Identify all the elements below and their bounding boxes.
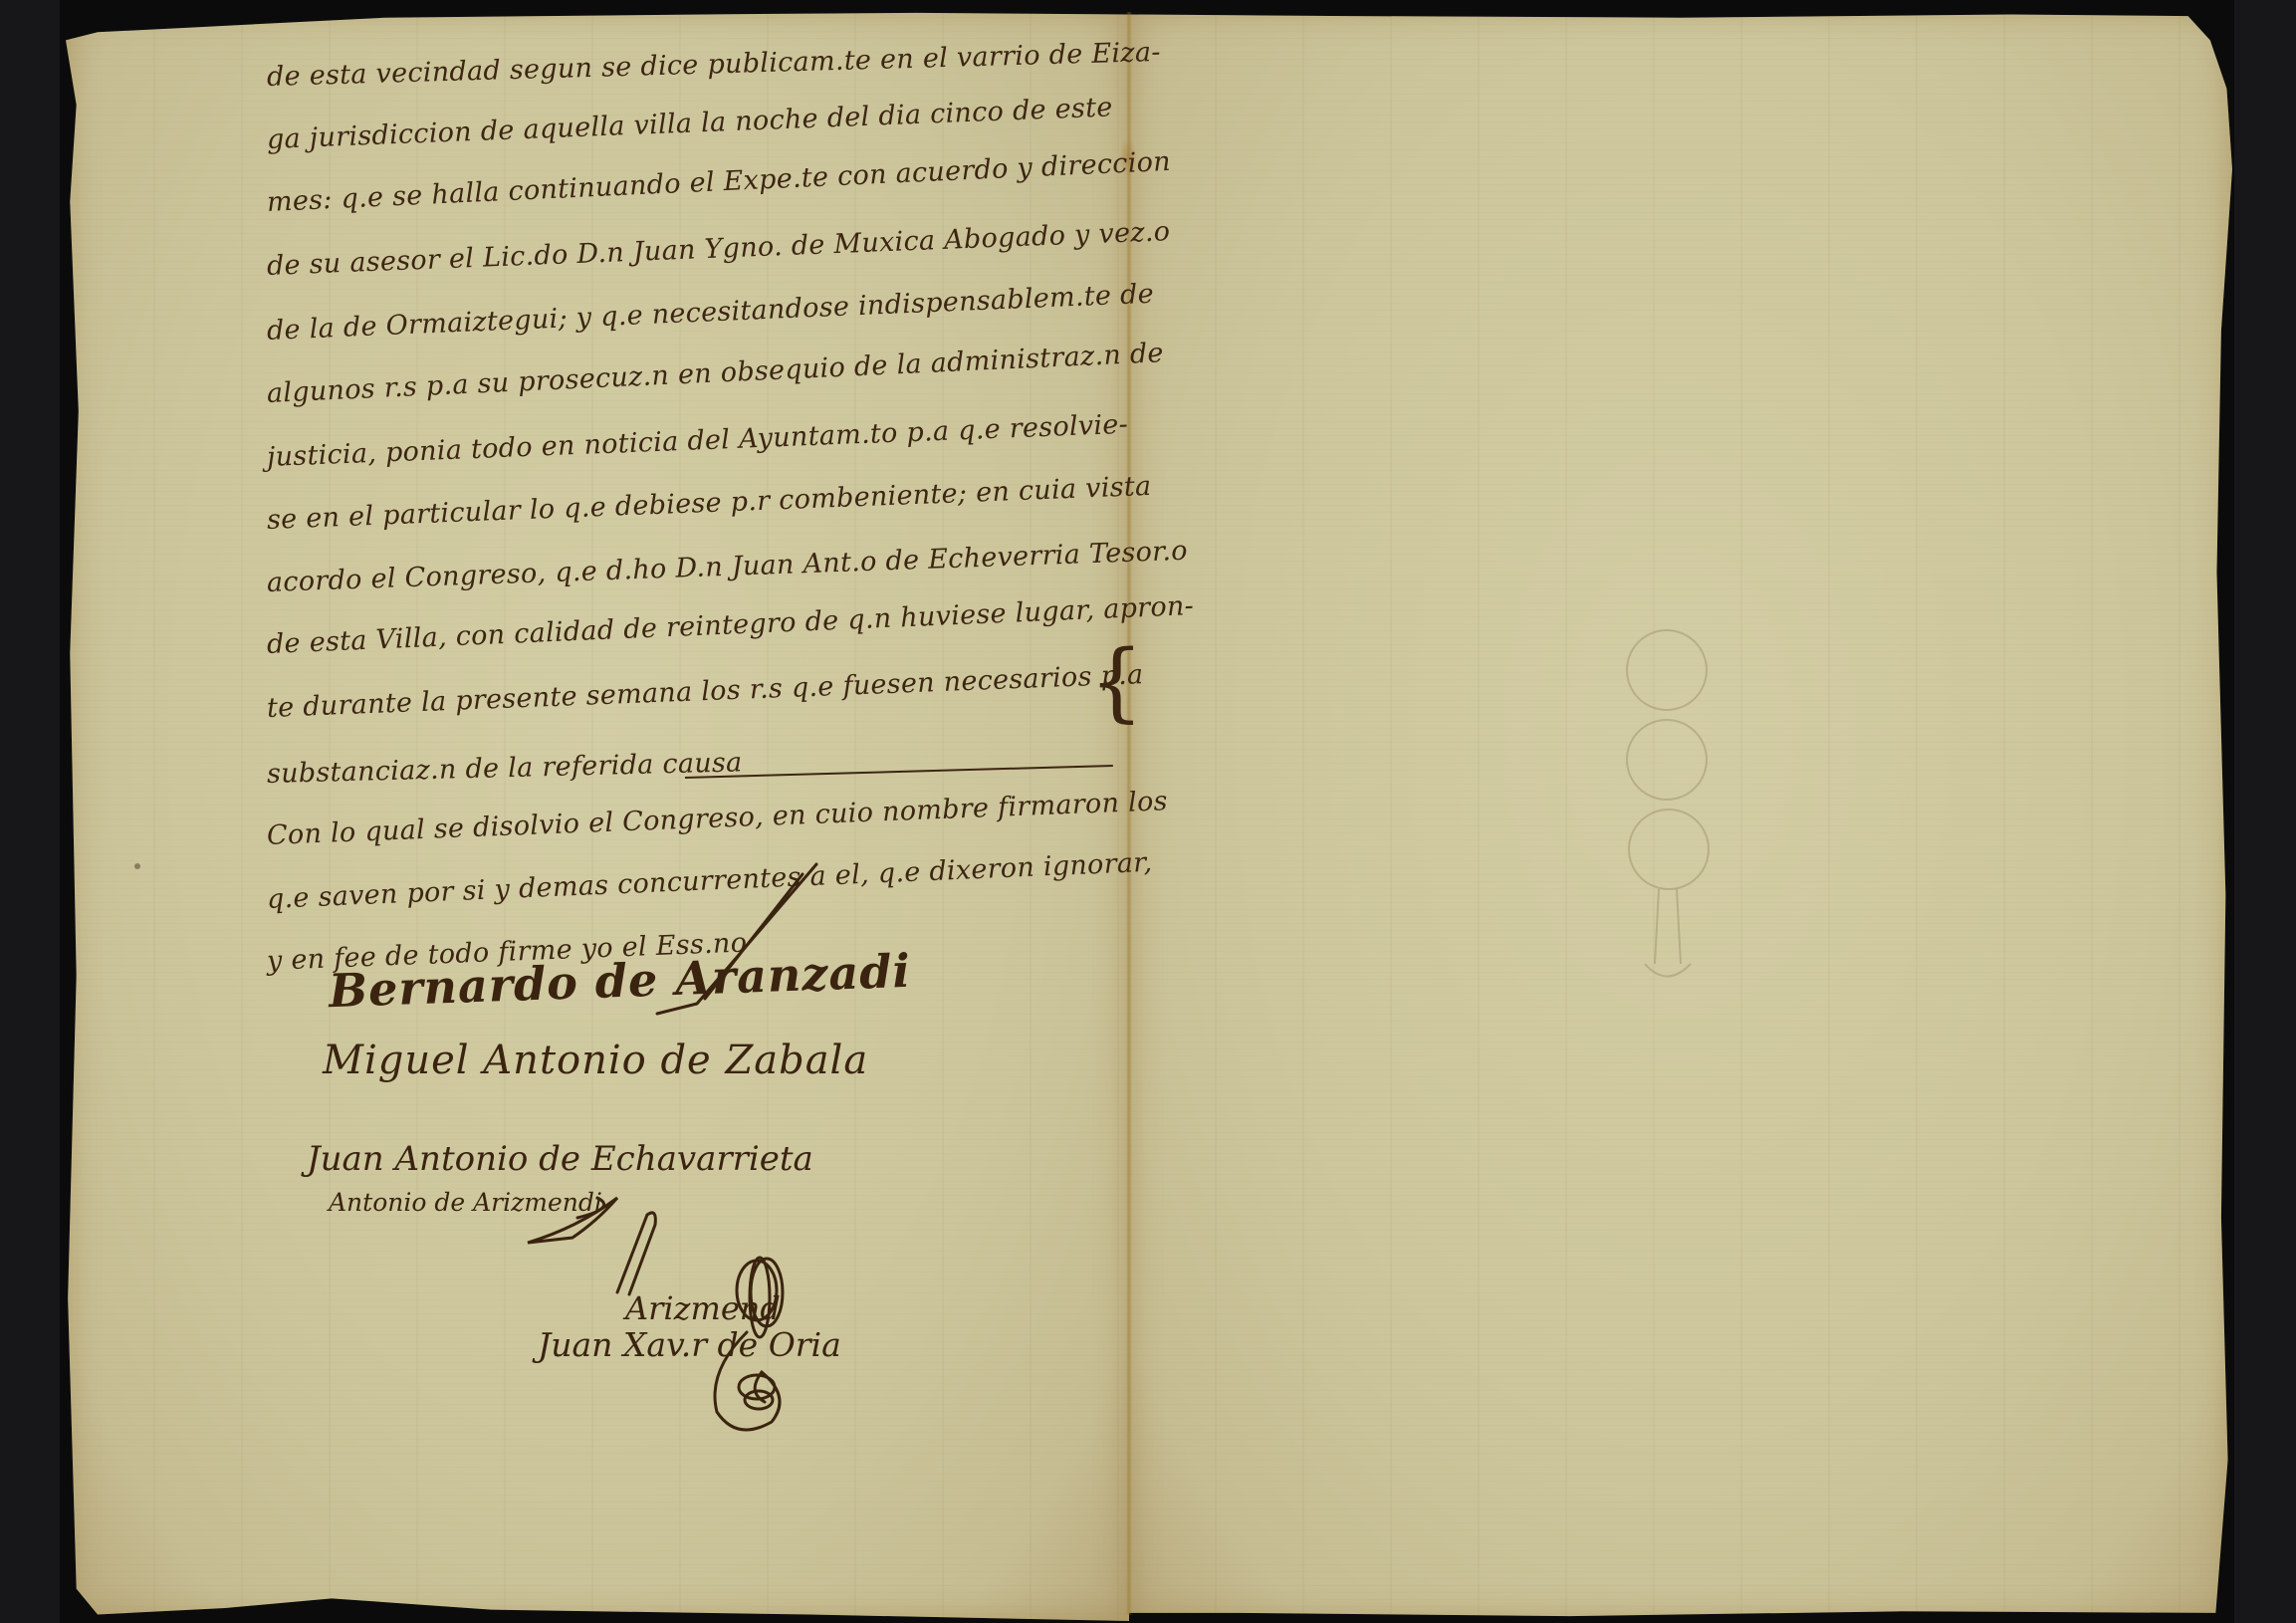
signature-zabala: Miguel Antonio de Zabala <box>323 1038 868 1083</box>
signature-arizmend-short: Arizmend <box>625 1289 781 1327</box>
signature-arizmendi: Antonio de Arizmendi <box>329 1188 602 1217</box>
watermark-three-circles-icon <box>1127 8 2232 1621</box>
left-dark-band <box>0 0 60 1623</box>
right-dark-band <box>2234 0 2296 1623</box>
brace-mark: { <box>1089 639 1144 725</box>
signature-oria: Juan Xav.r de Oria <box>538 1325 841 1364</box>
signature-echavarrieta: Juan Antonio de Echavarrieta <box>307 1139 813 1179</box>
manuscript-spread: de esta vecindad segun se dice publicam.… <box>60 8 2236 1621</box>
paper-edge-toning <box>1127 8 2232 1621</box>
right-page <box>1127 8 2232 1621</box>
